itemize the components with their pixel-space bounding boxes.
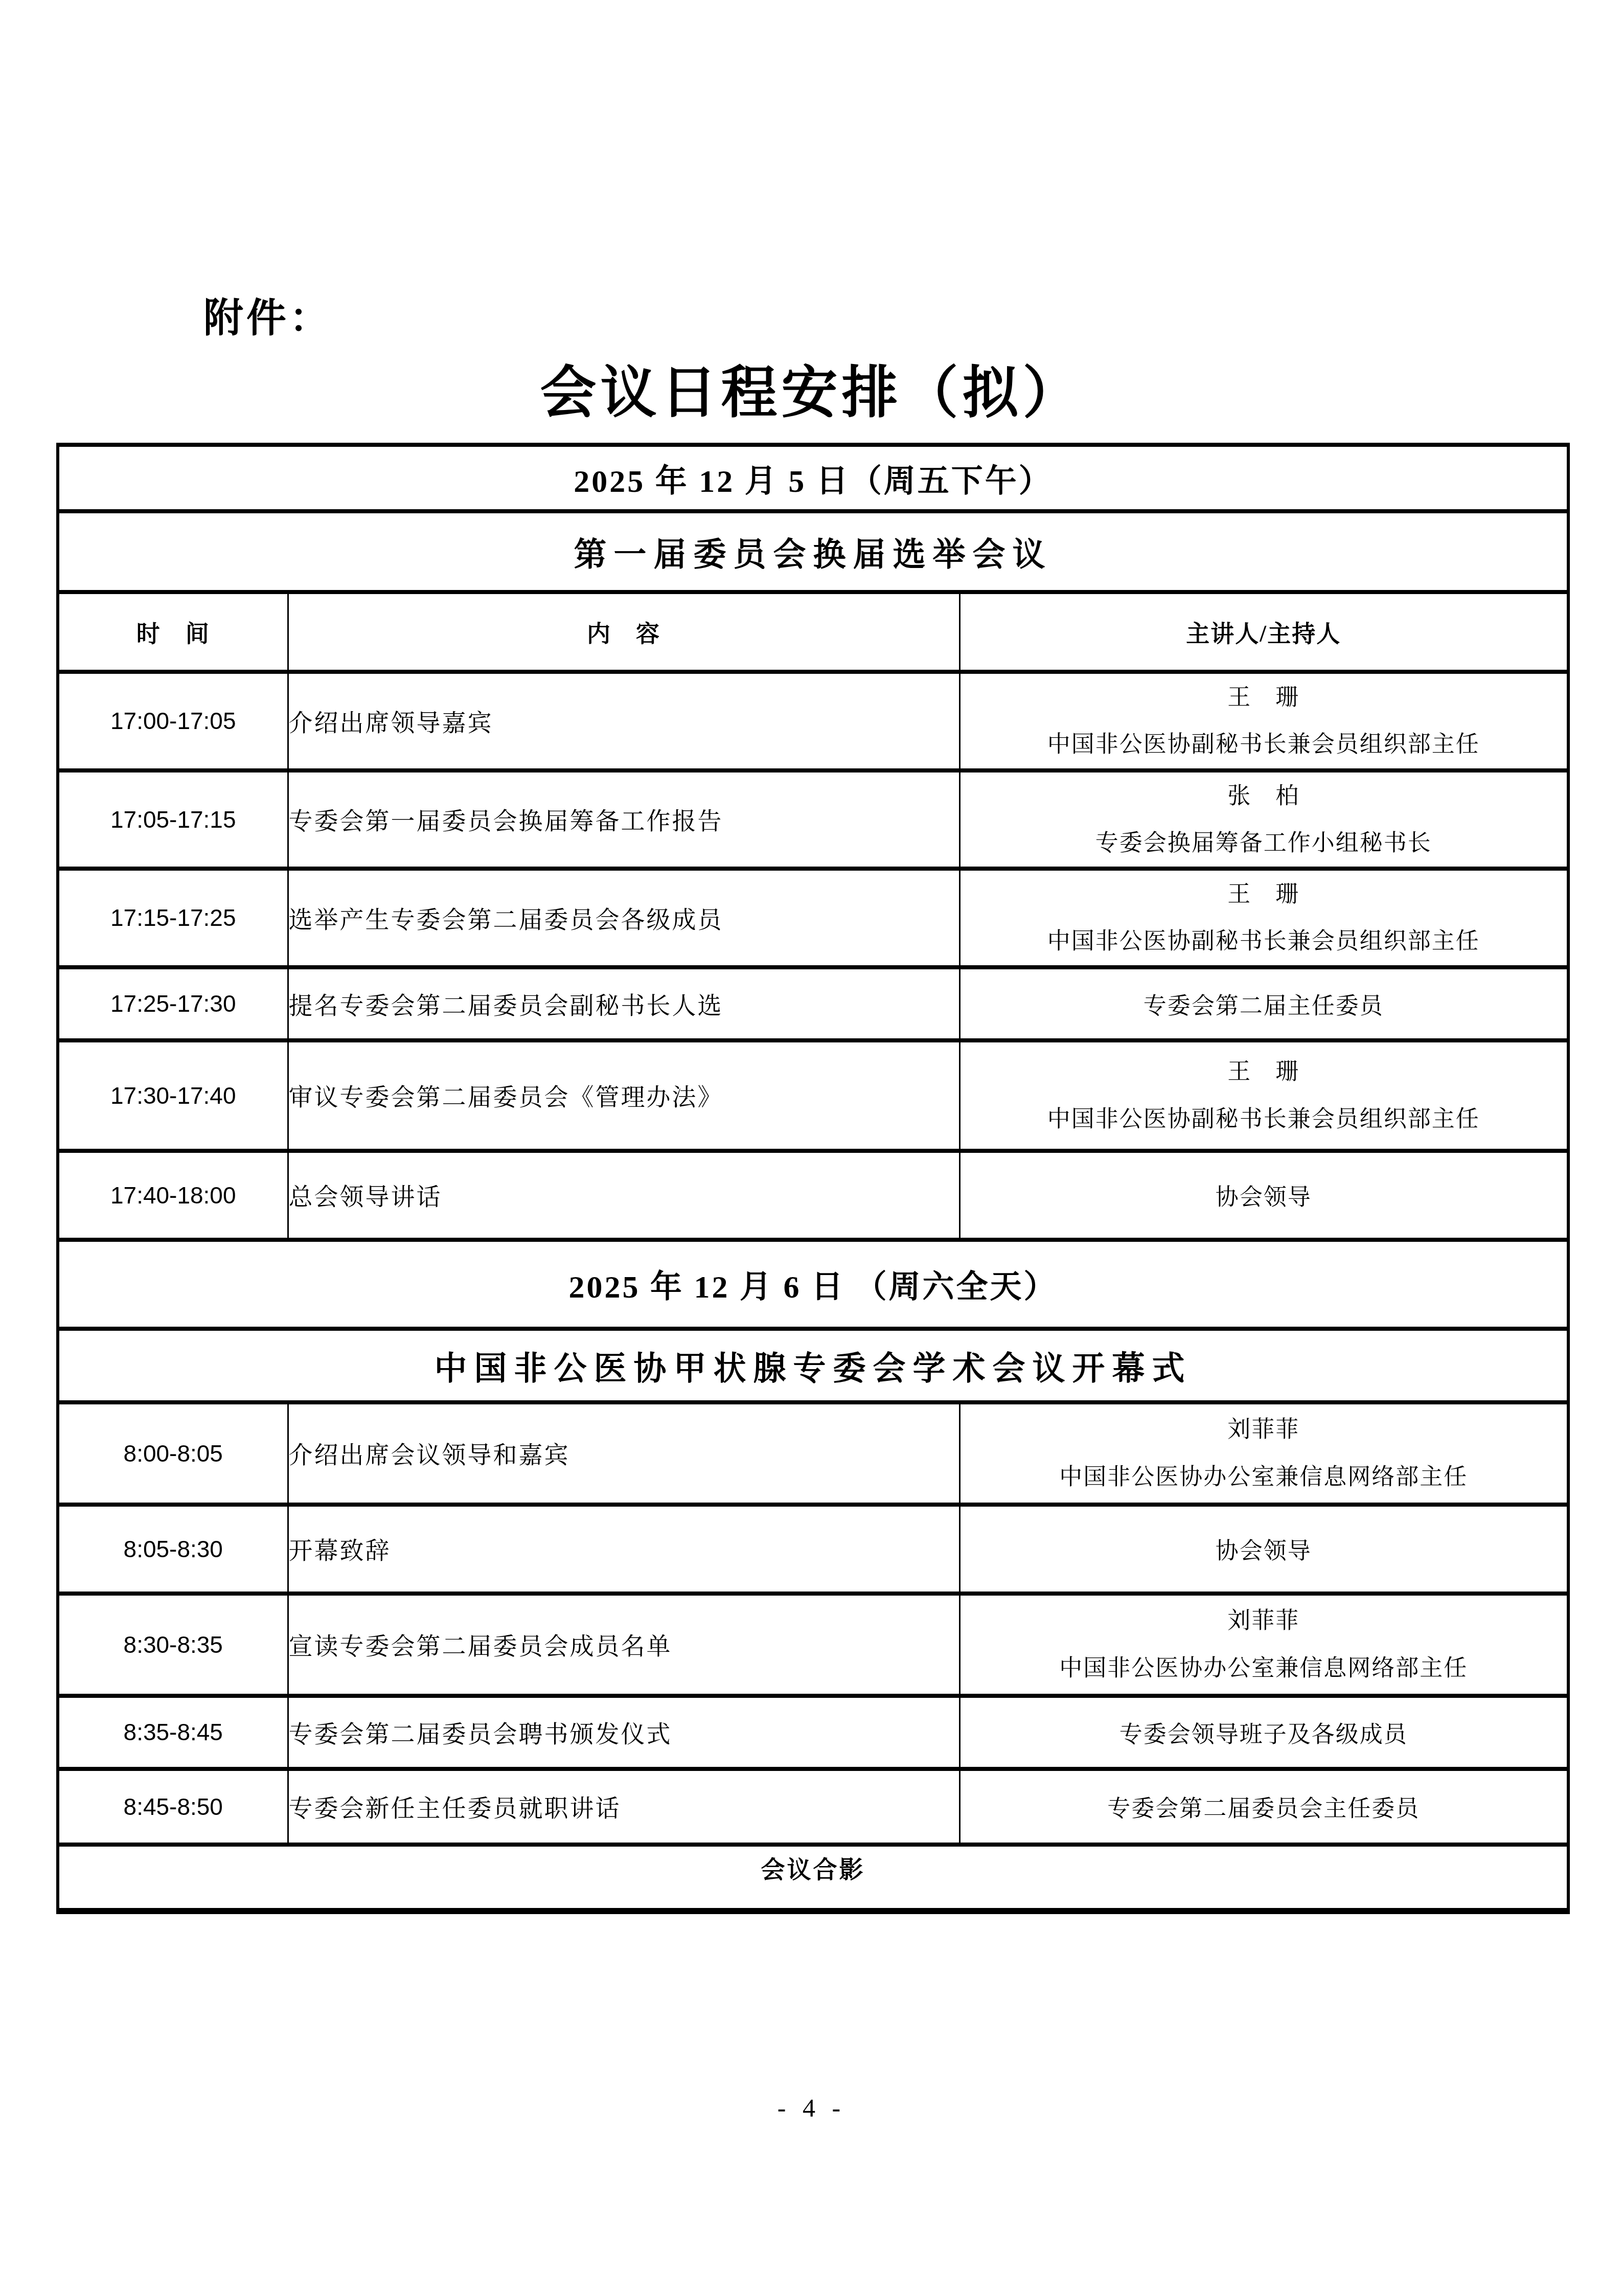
time-cell: 8:00-8:05 <box>58 1402 288 1505</box>
content-cell: 介绍出席领导嘉宾 <box>288 672 959 770</box>
day1-date-row: 2025 年 12 月 5 日（周五下午） <box>58 445 1568 511</box>
speaker-cell: 刘菲菲 中国非公医协办公室兼信息网络部主任 <box>959 1594 1568 1696</box>
speaker-cell: 专委会领导班子及各级成员 <box>959 1696 1568 1769</box>
speaker-title: 中国非公医协办公室兼信息网络部主任 <box>961 1645 1567 1692</box>
speaker-cell: 王 珊 中国非公医协副秘书长兼会员组织部主任 <box>959 869 1568 967</box>
content-cell: 介绍出席会议领导和嘉宾 <box>288 1402 959 1505</box>
schedule-row: 17:40-18:00 总会领导讲话 协会领导 <box>58 1151 1568 1240</box>
time-cell: 8:05-8:30 <box>58 1505 288 1594</box>
day1-session-title: 第一届委员会换届选举会议 <box>58 511 1568 592</box>
speaker-name: 张 柏 <box>961 772 1567 820</box>
speaker-title: 中国非公医协办公室兼信息网络部主任 <box>961 1453 1567 1501</box>
speaker-name: 刘菲菲 <box>961 1406 1567 1453</box>
content-cell: 选举产生专委会第二届委员会各级成员 <box>288 869 959 967</box>
header-speaker: 主讲人/主持人 <box>959 592 1568 672</box>
schedule-row: 8:30-8:35 宣读专委会第二届委员会成员名单 刘菲菲 中国非公医协办公室兼… <box>58 1594 1568 1696</box>
speaker-name: 王 珊 <box>961 1048 1567 1095</box>
schedule-row: 8:00-8:05 介绍出席会议领导和嘉宾 刘菲菲 中国非公医协办公室兼信息网络… <box>58 1402 1568 1505</box>
attachment-label: 附件： <box>203 294 332 343</box>
schedule-table: 2025 年 12 月 5 日（周五下午） 第一届委员会换届选举会议 时 间 内… <box>56 443 1570 1914</box>
day2-session-row: 中国非公医协甲状腺专委会学术会议开幕式 <box>58 1329 1568 1402</box>
speaker-title: 专委会换届筹备工作小组秘书长 <box>961 820 1567 867</box>
time-cell: 17:25-17:30 <box>58 967 288 1040</box>
time-cell: 17:30-17:40 <box>58 1040 288 1151</box>
speaker-cell: 王 珊 中国非公医协副秘书长兼会员组织部主任 <box>959 672 1568 770</box>
group-photo-row: 会议合影 <box>58 1845 1568 1911</box>
speaker-cell: 协会领导 <box>959 1505 1568 1594</box>
time-cell: 8:45-8:50 <box>58 1769 288 1845</box>
speaker-name: 王 珊 <box>961 674 1567 721</box>
speaker-cell: 刘菲菲 中国非公医协办公室兼信息网络部主任 <box>959 1402 1568 1505</box>
schedule-row: 8:45-8:50 专委会新任主任委员就职讲话 专委会第二届委员会主任委员 <box>58 1769 1568 1845</box>
content-cell: 宣读专委会第二届委员会成员名单 <box>288 1594 959 1696</box>
schedule-row: 17:05-17:15 专委会第一届委员会换届筹备工作报告 张 柏 专委会换届筹… <box>58 770 1568 869</box>
schedule-row: 17:30-17:40 审议专委会第二届委员会《管理办法》 王 珊 中国非公医协… <box>58 1040 1568 1151</box>
speaker-cell: 专委会第二届主任委员 <box>959 967 1568 1040</box>
header-time: 时 间 <box>58 592 288 672</box>
content-cell: 专委会第二届委员会聘书颁发仪式 <box>288 1696 959 1769</box>
speaker-cell: 协会领导 <box>959 1151 1568 1240</box>
speaker-cell: 专委会第二届委员会主任委员 <box>959 1769 1568 1845</box>
header-content: 内 容 <box>288 592 959 672</box>
time-cell: 8:30-8:35 <box>58 1594 288 1696</box>
day2-date: 2025 年 12 月 6 日 （周六全天） <box>58 1240 1568 1329</box>
speaker-title: 中国非公医协副秘书长兼会员组织部主任 <box>961 721 1567 768</box>
page-number: - 4 - <box>0 2093 1623 2123</box>
day1-date: 2025 年 12 月 5 日（周五下午） <box>58 445 1568 511</box>
time-cell: 17:00-17:05 <box>58 672 288 770</box>
column-header-row: 时 间 内 容 主讲人/主持人 <box>58 592 1568 672</box>
content-cell: 总会领导讲话 <box>288 1151 959 1240</box>
day2-session-title: 中国非公医协甲状腺专委会学术会议开幕式 <box>58 1329 1568 1402</box>
time-cell: 17:15-17:25 <box>58 869 288 967</box>
schedule-row: 17:15-17:25 选举产生专委会第二届委员会各级成员 王 珊 中国非公医协… <box>58 869 1568 967</box>
group-photo-label: 会议合影 <box>58 1845 1568 1911</box>
schedule-row: 17:00-17:05 介绍出席领导嘉宾 王 珊 中国非公医协副秘书长兼会员组织… <box>58 672 1568 770</box>
speaker-cell: 王 珊 中国非公医协副秘书长兼会员组织部主任 <box>959 1040 1568 1151</box>
time-cell: 8:35-8:45 <box>58 1696 288 1769</box>
document-page: 附件： 会议日程安排（拟） 2025 年 12 月 5 日（周五下午） 第一届委… <box>0 0 1623 2296</box>
speaker-title: 中国非公医协副秘书长兼会员组织部主任 <box>961 918 1567 965</box>
content-cell: 审议专委会第二届委员会《管理办法》 <box>288 1040 959 1151</box>
schedule-row: 17:25-17:30 提名专委会第二届委员会副秘书长人选 专委会第二届主任委员 <box>58 967 1568 1040</box>
day1-session-row: 第一届委员会换届选举会议 <box>58 511 1568 592</box>
document-title: 会议日程安排（拟） <box>0 361 1623 426</box>
content-cell: 专委会第一届委员会换届筹备工作报告 <box>288 770 959 869</box>
day2-date-row: 2025 年 12 月 6 日 （周六全天） <box>58 1240 1568 1329</box>
content-cell: 开幕致辞 <box>288 1505 959 1594</box>
speaker-name: 王 珊 <box>961 871 1567 918</box>
schedule-row: 8:05-8:30 开幕致辞 协会领导 <box>58 1505 1568 1594</box>
speaker-title: 中国非公医协副秘书长兼会员组织部主任 <box>961 1096 1567 1143</box>
time-cell: 17:40-18:00 <box>58 1151 288 1240</box>
speaker-name: 刘菲菲 <box>961 1597 1567 1644</box>
time-cell: 17:05-17:15 <box>58 770 288 869</box>
schedule-row: 8:35-8:45 专委会第二届委员会聘书颁发仪式 专委会领导班子及各级成员 <box>58 1696 1568 1769</box>
speaker-cell: 张 柏 专委会换届筹备工作小组秘书长 <box>959 770 1568 869</box>
content-cell: 提名专委会第二届委员会副秘书长人选 <box>288 967 959 1040</box>
content-cell: 专委会新任主任委员就职讲话 <box>288 1769 959 1845</box>
